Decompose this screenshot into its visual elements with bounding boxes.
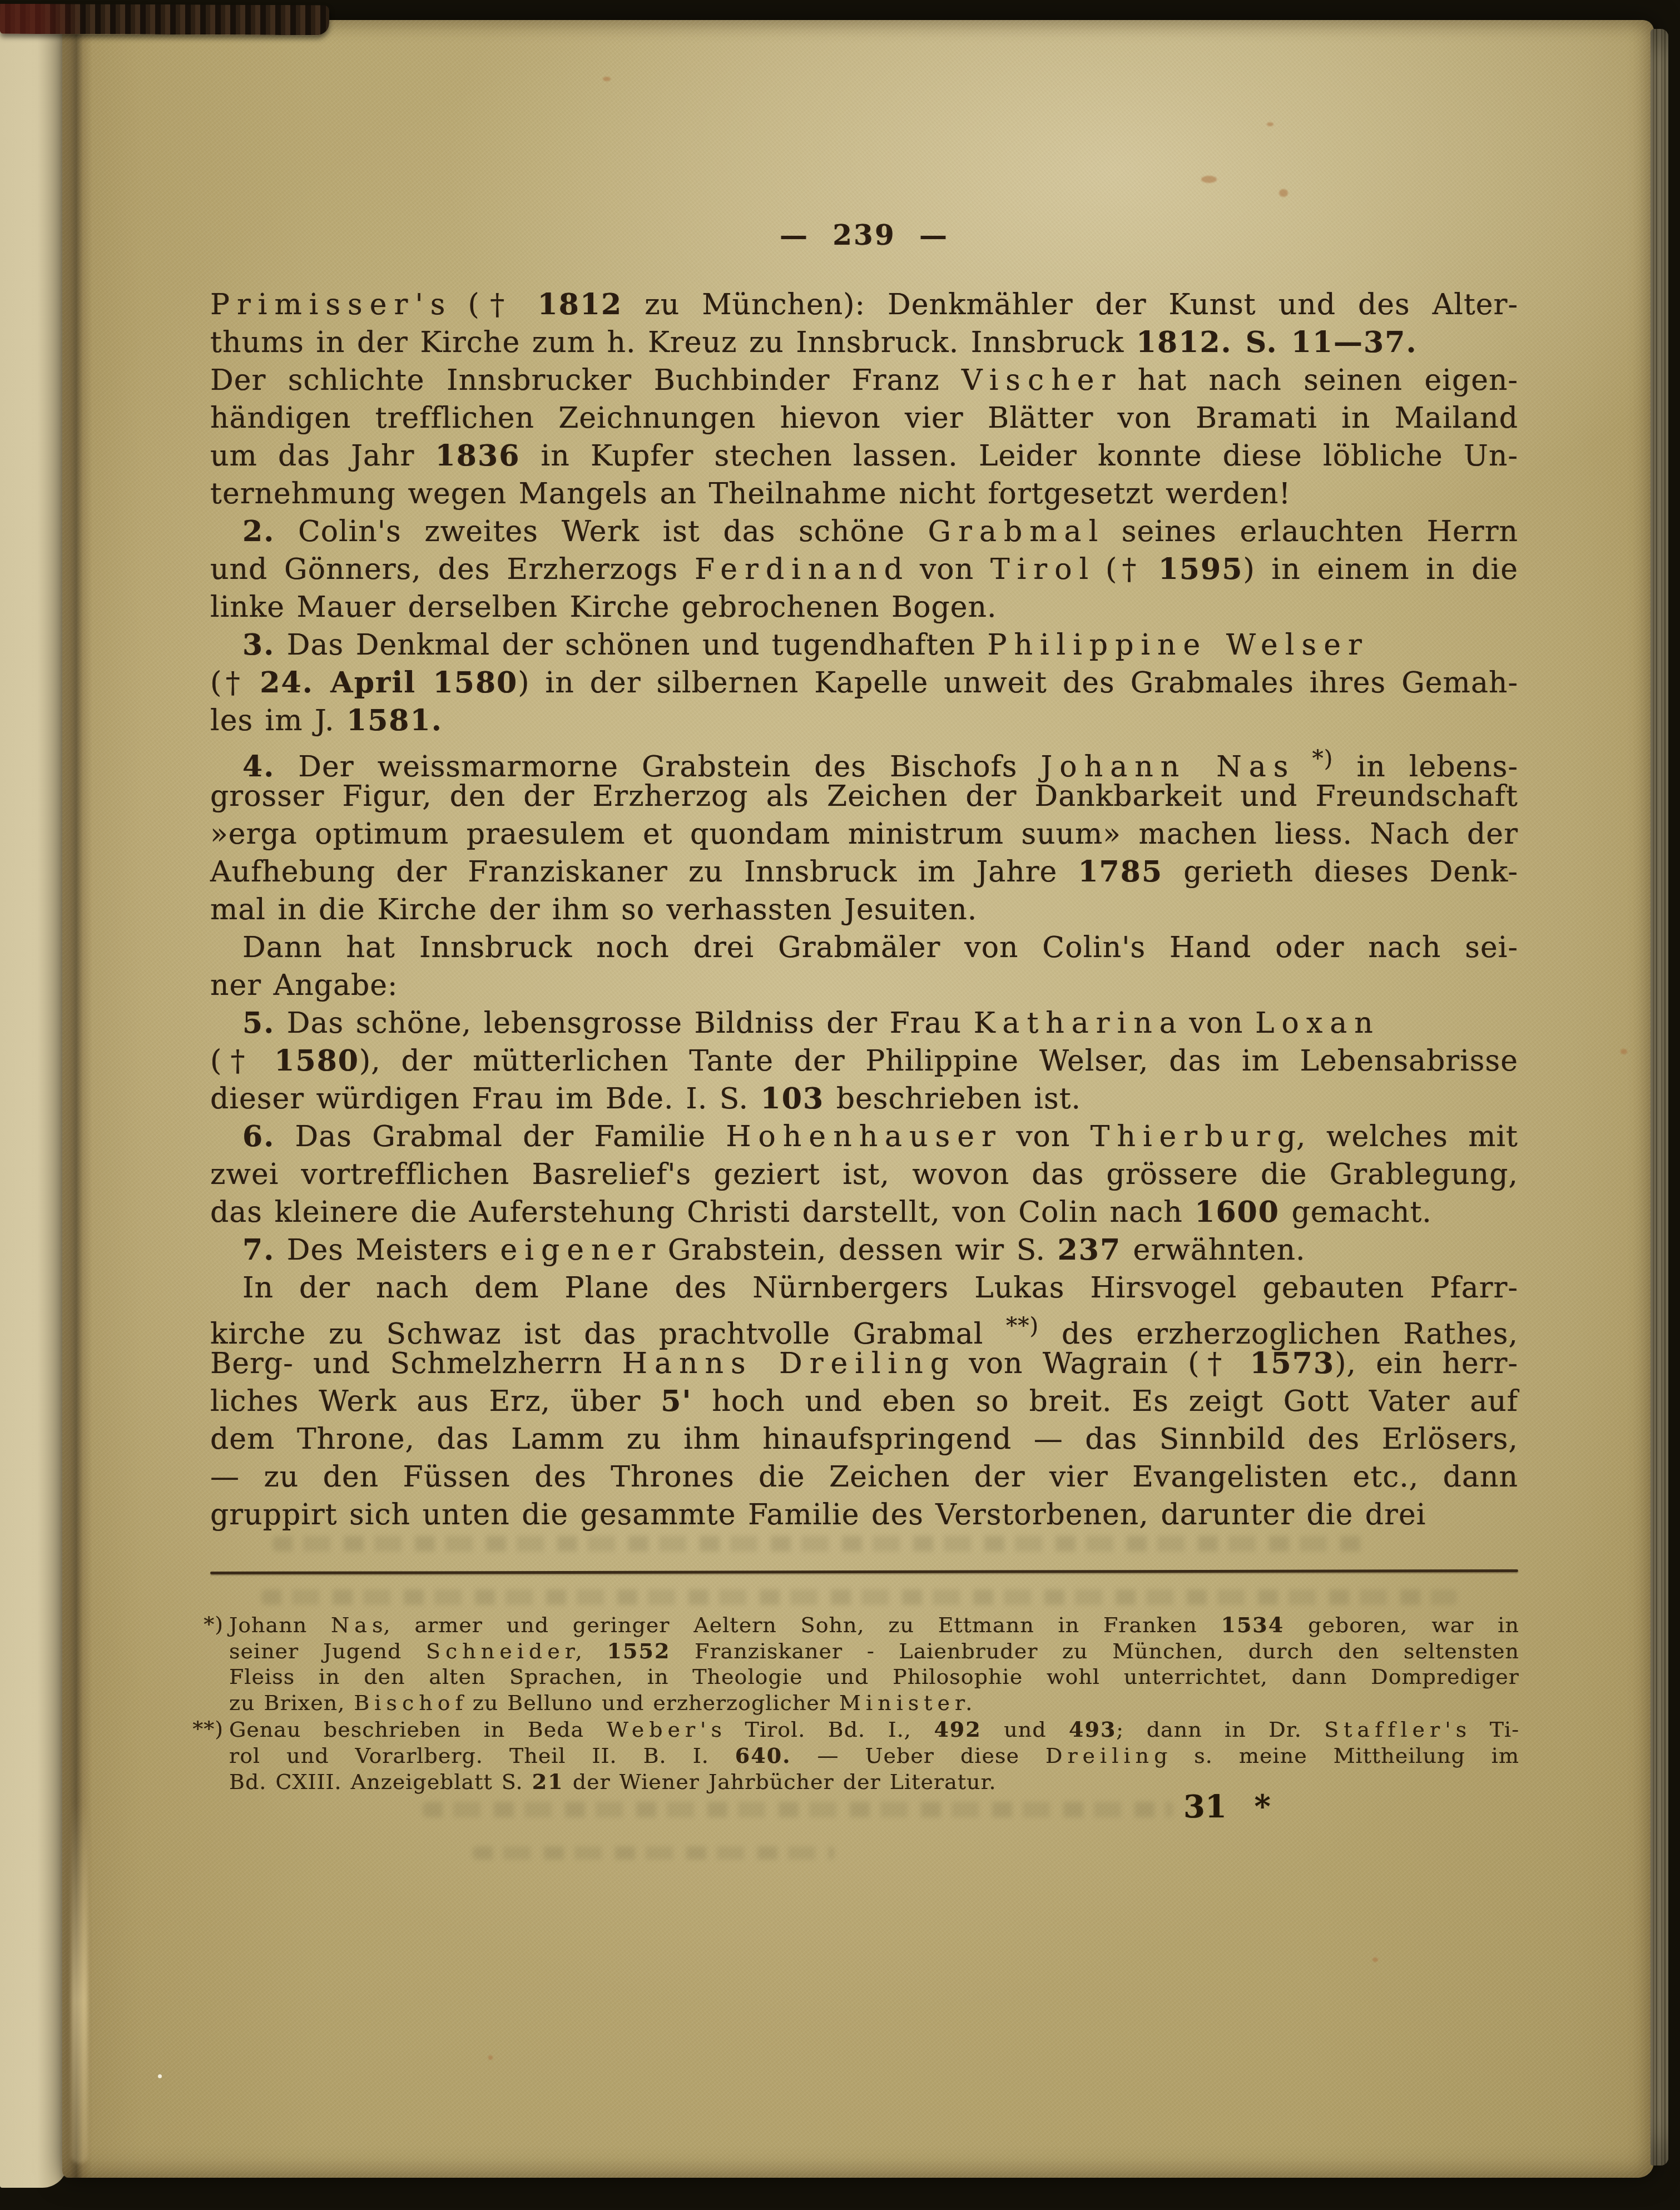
body-line: 6. Das Grabmal der Familie Hohenhauser v…	[210, 1118, 1518, 1156]
text-segment: (†	[210, 1044, 274, 1078]
body-line: grosser Figur, den der Erzherzog als Zei…	[210, 777, 1518, 815]
text-segment: Schneider	[426, 1639, 580, 1663]
text-segment: hat nach seinen eigen-	[1116, 364, 1518, 397]
text-segment: von Wagrain (†	[949, 1347, 1250, 1380]
binding-headband	[0, 4, 329, 36]
text-segment: 1595	[1158, 552, 1243, 586]
text-segment: Ferdinand	[695, 553, 910, 586]
body-line: dieser würdigen Frau im Bde. I. S. 103 b…	[210, 1080, 1518, 1118]
text-segment: thums in der Kirche zum h. Kreuz zu Inns…	[210, 326, 1136, 359]
text-segment: **)	[1006, 1312, 1039, 1339]
text-segment: Das Grabmal der Familie	[275, 1120, 726, 1153]
text-segment: Franziskaner - Laienbruder zu München, d…	[670, 1639, 1519, 1663]
body-line: Der schlichte Innsbrucker Buchbinder Fra…	[210, 361, 1518, 399]
text-segment: von	[903, 553, 990, 586]
text-segment: Tirol. Bd. I.,	[722, 1717, 934, 1742]
text-segment: 640.	[735, 1743, 791, 1768]
text-segment: Nas	[331, 1613, 388, 1637]
paper-speck	[1201, 176, 1217, 183]
body-line: 3. Das Denkmal der schönen und tugendhaf…	[210, 626, 1518, 664]
text-segment: Katharina	[974, 1007, 1184, 1040]
text-segment: s. meine Mittheilung im	[1168, 1743, 1519, 1768]
paper-speck	[1372, 1958, 1378, 1962]
body-line: 4. Der weissmarmorne Grabstein des Bisch…	[210, 740, 1518, 777]
text-segment: *)	[1312, 745, 1333, 772]
text-segment: eigener	[500, 1233, 663, 1267]
book-scan: — 239 — Primisser's († 1812 zu München):…	[0, 0, 1680, 2210]
text-segment: 7.	[242, 1233, 275, 1267]
body-line: zwei vortrefflichen Basrelief's geziert …	[210, 1156, 1518, 1193]
text-segment: ) in einem in die	[1243, 553, 1518, 586]
text-segment: ternehmung wegen Mangels an Theilnahme n…	[210, 477, 1291, 511]
text-segment: ), der mütterlichen Tante der Philippine…	[359, 1044, 1518, 1078]
text-segment: Vischer	[962, 364, 1122, 397]
body-line: Primisser's († 1812 zu München): Denkmäh…	[210, 286, 1518, 324]
body-line: um das Jahr 1836 in Kupfer stechen lasse…	[210, 437, 1518, 475]
text-segment: der Wiener Jahrbücher der Literatur.	[564, 1770, 997, 1794]
body-line: 7. Des Meisters eigener Grabstein, desse…	[210, 1231, 1518, 1269]
body-line: Dann hat Innsbruck noch drei Grabmäler v…	[210, 929, 1518, 967]
text-segment: — zu den Füssen des Thrones die Zeichen …	[210, 1460, 1518, 1494]
text-segment: Genau beschrieben in Beda	[229, 1717, 607, 1742]
text-segment: zu Belluno und erzherzoglicher	[464, 1691, 839, 1715]
text-segment: , armer und geringer Aeltern Sohn, zu Et…	[383, 1613, 1221, 1637]
text-segment: In der nach dem Plane des Nürnbergers Lu…	[242, 1271, 1518, 1305]
text-segment: (†	[1089, 553, 1158, 586]
text-segment: von	[1177, 1007, 1255, 1040]
text-segment: 6.	[242, 1119, 275, 1153]
text-segment: 1812	[538, 288, 623, 321]
text-segment: dieser würdigen Frau im Bde. I. S.	[210, 1082, 761, 1116]
text-segment: 1552	[607, 1638, 671, 1663]
text-segment: 2.	[242, 514, 275, 548]
text-segment: , welches mit	[1296, 1120, 1518, 1153]
text-segment: hoch und eben so breit. Es zeigt Gott Va…	[692, 1385, 1518, 1418]
text-segment: Ti-	[1467, 1717, 1519, 1742]
paper-speck	[488, 2055, 493, 2060]
text-segment: geboren, war in	[1284, 1613, 1519, 1637]
text-segment: 1581.	[346, 703, 443, 737]
footnote-line: **)Genau beschrieben in Beda Weber's Tir…	[229, 1716, 1519, 1742]
text-segment: Dreiling	[1045, 1743, 1172, 1768]
text-segment: »erga optimum praesulem et quondam minis…	[210, 817, 1518, 851]
paper-speck	[158, 2074, 162, 2078]
body-line: († 24. April 1580) in der silbernen Kape…	[210, 664, 1518, 702]
paper-speck	[1267, 122, 1273, 126]
text-segment: 5.	[242, 1006, 275, 1040]
text-segment: Bischof	[354, 1691, 468, 1715]
text-segment: gerieth dieses Denk-	[1163, 855, 1518, 889]
text-segment: und Gönners, des Erzherzogs	[210, 553, 695, 586]
text-segment: Colin's zweites Werk ist das schöne	[275, 515, 928, 548]
text-segment: von	[996, 1120, 1091, 1153]
page-number: — 239 —	[210, 216, 1518, 255]
text-segment: les im J.	[210, 704, 346, 737]
text-segment: 1573	[1250, 1346, 1335, 1380]
text-segment: Hanns Dreiling	[622, 1347, 956, 1380]
paper-speck	[1620, 1049, 1627, 1054]
text-segment: 1534	[1221, 1612, 1284, 1637]
paper-speck	[1279, 189, 1288, 197]
text-segment: Berg- und Schmelzherrn	[210, 1347, 622, 1380]
text-segment: — Ueber diese	[791, 1743, 1045, 1768]
text-segment: ner Angabe:	[210, 969, 398, 1002]
footnote-line: zu Brixen, Bischof zu Belluno und erzher…	[229, 1690, 1519, 1716]
text-segment: liches Werk aus Erz, über	[210, 1385, 661, 1418]
footnote-line: *)Johann Nas, armer und geringer Aeltern…	[229, 1612, 1519, 1638]
text-segment: 103	[761, 1082, 825, 1116]
body-line: ner Angabe:	[210, 967, 1518, 1004]
text-segment: rol und Vorarlberg. Theil II. B. I.	[229, 1743, 735, 1768]
text-segment: Primisser's	[210, 288, 452, 321]
text-segment: Philippine Welser	[987, 628, 1369, 662]
text-segment: Das Denkmal der schönen und tugendhaften	[275, 628, 987, 662]
text-segment: Loxan	[1255, 1007, 1380, 1040]
body-line: das kleinere die Auferstehung Christi da…	[210, 1193, 1518, 1231]
text-segment: 1785	[1078, 855, 1163, 889]
text-segment: Weber's	[607, 1717, 727, 1742]
footnote-marker: *)	[204, 1612, 224, 1638]
printer-signature-mark: 31 *	[1183, 1788, 1271, 1825]
text-segment: 1836	[435, 439, 521, 473]
text-segment: Bd. CXIII. Anzeigeblatt S.	[229, 1770, 532, 1794]
text-segment: 1600	[1195, 1195, 1280, 1229]
text-segment: (†	[210, 666, 260, 700]
text-segment: Hohenhauser	[726, 1120, 1003, 1153]
text-segment: 237	[1058, 1233, 1122, 1267]
text-segment: Grabmal	[928, 515, 1106, 548]
text-segment: grosser Figur, den der Erzherzog als Zei…	[210, 780, 1518, 813]
footnote-marker: **)	[192, 1716, 224, 1742]
text-segment: zu Brixen,	[229, 1691, 354, 1715]
body-line: kirche zu Schwaz ist das prachtvolle Gra…	[210, 1307, 1518, 1345]
text-segment: 492	[934, 1717, 981, 1742]
text-segment: linke Mauer derselben Kirche gebrochenen…	[210, 591, 997, 624]
text-segment: Aufhebung der Franziskaner zu Innsbruck …	[210, 855, 1078, 889]
body-line: linke Mauer derselben Kirche gebrochenen…	[210, 588, 1518, 626]
text-segment: 1580	[274, 1044, 359, 1078]
text-segment: .	[965, 1691, 973, 1715]
text-segment: 24. April 1580	[260, 666, 518, 700]
text-segment: (†	[445, 288, 537, 321]
body-line: liches Werk aus Erz, über 5' hoch und eb…	[210, 1383, 1518, 1420]
text-segment: Dann hat Innsbruck noch drei Grabmäler v…	[242, 931, 1518, 964]
body-line: gruppirt sich unten die gesammte Familie…	[210, 1496, 1518, 1534]
text-segment: 3.	[242, 628, 275, 662]
text-segment: in Kupfer stechen lassen. Leider konnte …	[520, 439, 1518, 473]
paper-speck	[603, 77, 611, 81]
text-segment: Grabstein, dessen wir S.	[656, 1233, 1057, 1267]
body-line: »erga optimum praesulem et quondam minis…	[210, 815, 1518, 853]
text-segment: ,	[576, 1639, 607, 1663]
body-text: Primisser's († 1812 zu München): Denkmäh…	[210, 286, 1518, 1534]
text-segment: seiner Jugend	[229, 1639, 426, 1663]
body-line: mal in die Kirche der ihm so verhassten …	[210, 891, 1518, 929]
text-segment: Minister	[839, 1691, 970, 1715]
footnotes: *)Johann Nas, armer und geringer Aeltern…	[229, 1612, 1519, 1795]
footnote-line: Fleiss in den alten Sprachen, in Theolog…	[229, 1664, 1519, 1690]
text-segment: 493	[1069, 1717, 1116, 1742]
text-segment: Johann	[229, 1613, 331, 1637]
text-segment: erwähnten.	[1121, 1233, 1305, 1267]
body-line: 2. Colin's zweites Werk ist das schöne G…	[210, 513, 1518, 551]
footnote-line: Bd. CXIII. Anzeigeblatt S. 21 der Wiener…	[229, 1768, 1519, 1795]
text-segment: zu München): Denkmähler der Kunst und de…	[622, 288, 1518, 321]
text-segment: händigen trefflichen Zeichnungen hievon …	[210, 402, 1518, 435]
body-line: Aufhebung der Franziskaner zu Innsbruck …	[210, 853, 1518, 891]
text-segment: Der schlichte Innsbrucker Buchbinder Fra…	[210, 364, 962, 397]
text-segment: Thierburg	[1091, 1120, 1303, 1153]
text-segment: gruppirt sich unten die gesammte Familie…	[210, 1498, 1426, 1532]
text-segment: Das schöne, lebensgrosse Bildniss der Fr…	[275, 1007, 973, 1040]
footnote-line: rol und Vorarlberg. Theil II. B. I. 640.…	[229, 1742, 1519, 1768]
text-segment: das kleinere die Auferstehung Christi da…	[210, 1196, 1195, 1229]
text-segment: ) in der silbernen Kapelle unweit des Gr…	[518, 666, 1518, 700]
text-segment: 21	[532, 1769, 564, 1794]
body-line: thums in der Kirche zum h. Kreuz zu Inns…	[210, 324, 1518, 361]
text-segment: um das Jahr	[210, 439, 435, 473]
footnote-line: seiner Jugend Schneider, 1552 Franziskan…	[229, 1638, 1519, 1664]
text-segment: zwei vortrefflichen Basrelief's geziert …	[210, 1158, 1518, 1191]
text-segment: seines erlauchten Herrn	[1098, 515, 1518, 548]
text-segment: ; dann in Dr.	[1116, 1717, 1324, 1742]
text-segment: Tirol	[990, 553, 1096, 586]
text-segment: 5'	[661, 1384, 692, 1418]
text-segment: beschrieben ist.	[824, 1082, 1081, 1116]
body-line: und Gönners, des Erzherzogs Ferdinand vo…	[210, 551, 1518, 588]
text-segment: dem Throne, das Lamm zu ihm hinaufspring…	[210, 1423, 1518, 1456]
text-segment: mal in die Kirche der ihm so verhassten …	[210, 893, 977, 926]
text-segment: Fleiss in den alten Sprachen, in Theolog…	[229, 1664, 1519, 1689]
body-line: 5. Das schöne, lebensgrosse Bildniss der…	[210, 1004, 1518, 1042]
body-line: dem Throne, das Lamm zu ihm hinaufspring…	[210, 1420, 1518, 1458]
page-edge-stack	[1651, 29, 1668, 2166]
body-line: In der nach dem Plane des Nürnbergers Lu…	[210, 1269, 1518, 1307]
body-line: händigen trefflichen Zeichnungen hievon …	[210, 399, 1518, 437]
body-line: ternehmung wegen Mangels an Theilnahme n…	[210, 475, 1518, 513]
text-segment: Des Meisters	[275, 1233, 500, 1267]
body-line: — zu den Füssen des Thrones die Zeichen …	[210, 1458, 1518, 1496]
body-line: les im J. 1581.	[210, 702, 1518, 740]
body-line: Berg- und Schmelzherrn Hanns Dreiling vo…	[210, 1345, 1518, 1383]
body-line: († 1580), der mütterlichen Tante der Phi…	[210, 1042, 1518, 1080]
text-segment: ), ein herr-	[1335, 1347, 1518, 1380]
text-segment: 1812. S. 11—37.	[1136, 325, 1418, 359]
text-segment: und	[982, 1717, 1069, 1742]
adjacent-page-edge	[0, 31, 68, 2188]
text-segment: Staffler's	[1324, 1717, 1471, 1742]
text-segment: gemacht.	[1280, 1196, 1432, 1229]
